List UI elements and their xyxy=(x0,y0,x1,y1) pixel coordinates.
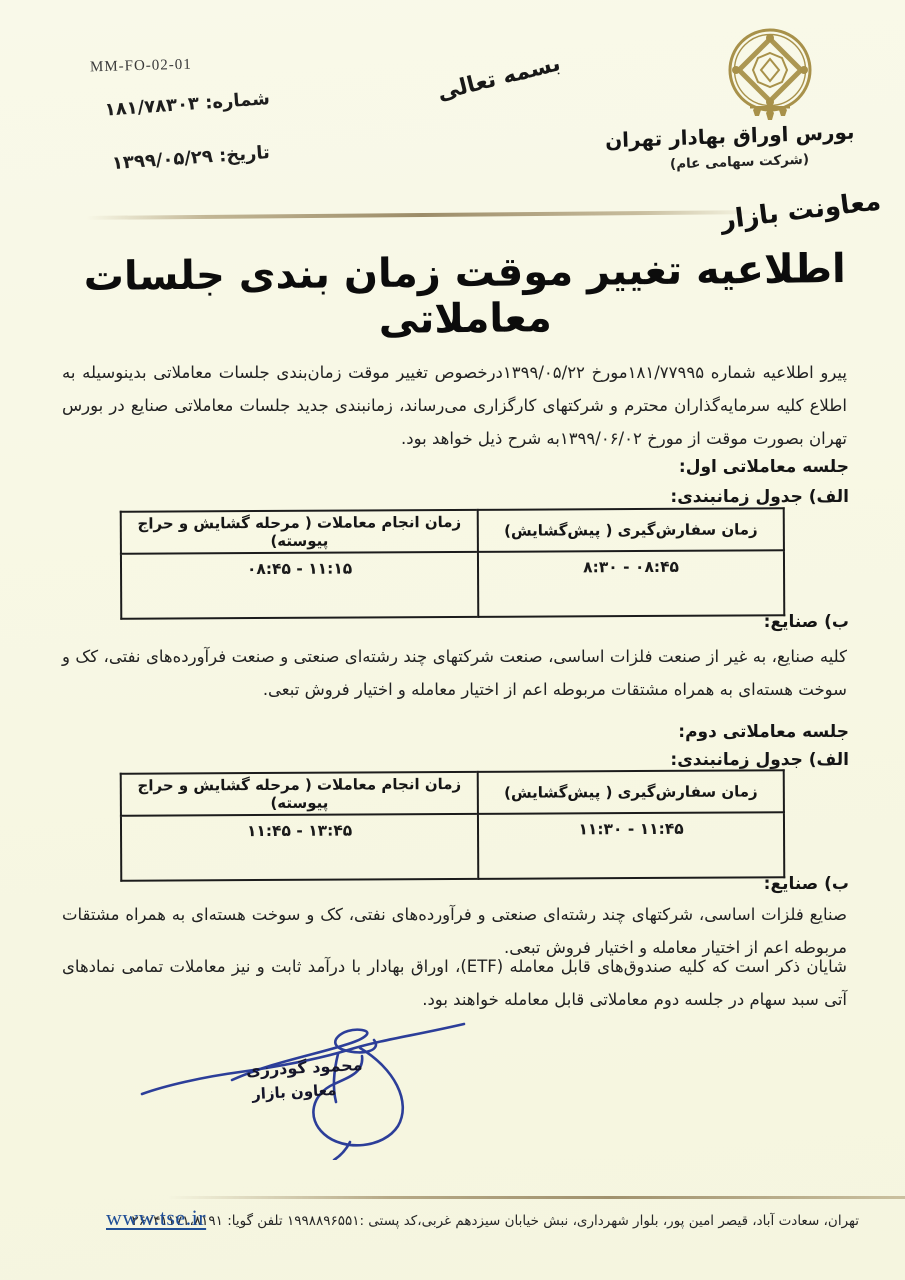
order-time-header: زمان سفارش‌گیری ( پیش‌گشایش) xyxy=(478,508,784,552)
letter-date: تاریخ: ۱۳۹۹/۰۵/۲۹ xyxy=(99,142,270,175)
session1-heading: جلسه معاملاتی اول: xyxy=(679,457,849,477)
department-title: معاونت بازار xyxy=(718,186,882,235)
trade-time-cell-2: ۱۱:۴۵ - ۱۳:۴۵ xyxy=(121,814,478,881)
trade-time-cell-1: ۰۸:۴۵ - ۱۱:۱۵ xyxy=(121,552,478,619)
letter-number: شماره: ۱۸۱/۷۸۳۰۳ xyxy=(99,88,270,121)
timing-table-1: زمان سفارش‌گیری ( پیش‌گشایش) زمان انجام … xyxy=(120,507,786,619)
order-time-value-1: ۸:۳۰ - ۰۸:۴۵ xyxy=(583,558,679,577)
trade-time-header: زمان انجام معاملات ( مرحله گشایش و حراج … xyxy=(121,510,478,554)
website-link[interactable]: www.tse.ir xyxy=(106,1205,206,1231)
order-time-value-2: ۱۱:۳۰ - ۱۱:۴۵ xyxy=(578,820,683,839)
bismillah-calligraphy: بسمه تعالی xyxy=(435,51,563,106)
org-subtitle: (شرکت سهامی عام) xyxy=(670,152,809,173)
form-code: MM-FO-02-01 xyxy=(90,57,192,77)
letter-title: اطلاعیه تغییر موقت زمان بندی جلسات معامل… xyxy=(60,246,871,346)
industries-heading-2: ب) صنایع: xyxy=(764,874,849,894)
order-time-cell-2: ۱۱:۳۰ - ۱۱:۴۵ xyxy=(478,812,784,879)
industries-heading-1: ب) صنایع: xyxy=(764,612,849,632)
trade-time-header: زمان انجام معاملات ( مرحله گشایش و حراج … xyxy=(121,772,478,816)
timing-table-2: زمان سفارش‌گیری ( پیش‌گشایش) زمان انجام … xyxy=(120,769,786,881)
table-header-row: زمان سفارش‌گیری ( پیش‌گشایش) زمان انجام … xyxy=(121,508,784,553)
etf-note: شایان ذکر است که کلیه صندوق‌های قابل معا… xyxy=(62,950,847,1016)
header-rule xyxy=(86,210,756,220)
footer-rule xyxy=(168,1196,905,1199)
order-time-cell-1: ۸:۳۰ - ۰۸:۴۵ xyxy=(478,550,784,617)
industries-text-1: کلیه صنایع، به غیر از صنعت فلزات اساسی، … xyxy=(62,640,847,706)
org-name: بورس اوراق بهادار تهران xyxy=(605,120,855,153)
session2-heading: جلسه معاملاتی دوم: xyxy=(678,722,849,742)
order-time-header: زمان سفارش‌گیری ( پیش‌گشایش) xyxy=(478,770,784,814)
table-value-row: ۱۱:۳۰ - ۱۱:۴۵ ۱۱:۴۵ - ۱۳:۴۵ xyxy=(121,812,784,880)
schedule-heading-2: الف) جدول زمانبندی: xyxy=(670,750,849,770)
table-header-row: زمان سفارش‌گیری ( پیش‌گشایش) زمان انجام … xyxy=(121,770,784,815)
tse-logo-icon xyxy=(723,26,817,130)
schedule-heading-1: الف) جدول زمانبندی: xyxy=(670,487,849,507)
trade-time-value-1: ۰۸:۴۵ - ۱۱:۱۵ xyxy=(247,560,352,579)
trade-time-value-2: ۱۱:۴۵ - ۱۳:۴۵ xyxy=(247,822,352,841)
table-value-row: ۸:۳۰ - ۰۸:۴۵ ۰۸:۴۵ - ۱۱:۱۵ xyxy=(121,550,784,618)
letter-page: MM-FO-02-01 شماره: ۱۸۱/۷۸۳۰۳ تاریخ: ۱۳۹۹… xyxy=(0,0,905,1280)
footer-address: تهران، سعادت آباد، قیصر امین پور، بلوار … xyxy=(132,1213,859,1229)
intro-paragraph: پیرو اطلاعیه شماره ۱۸۱/۷۷۹۹۵مورخ ۱۳۹۹/۰۵… xyxy=(62,356,847,455)
